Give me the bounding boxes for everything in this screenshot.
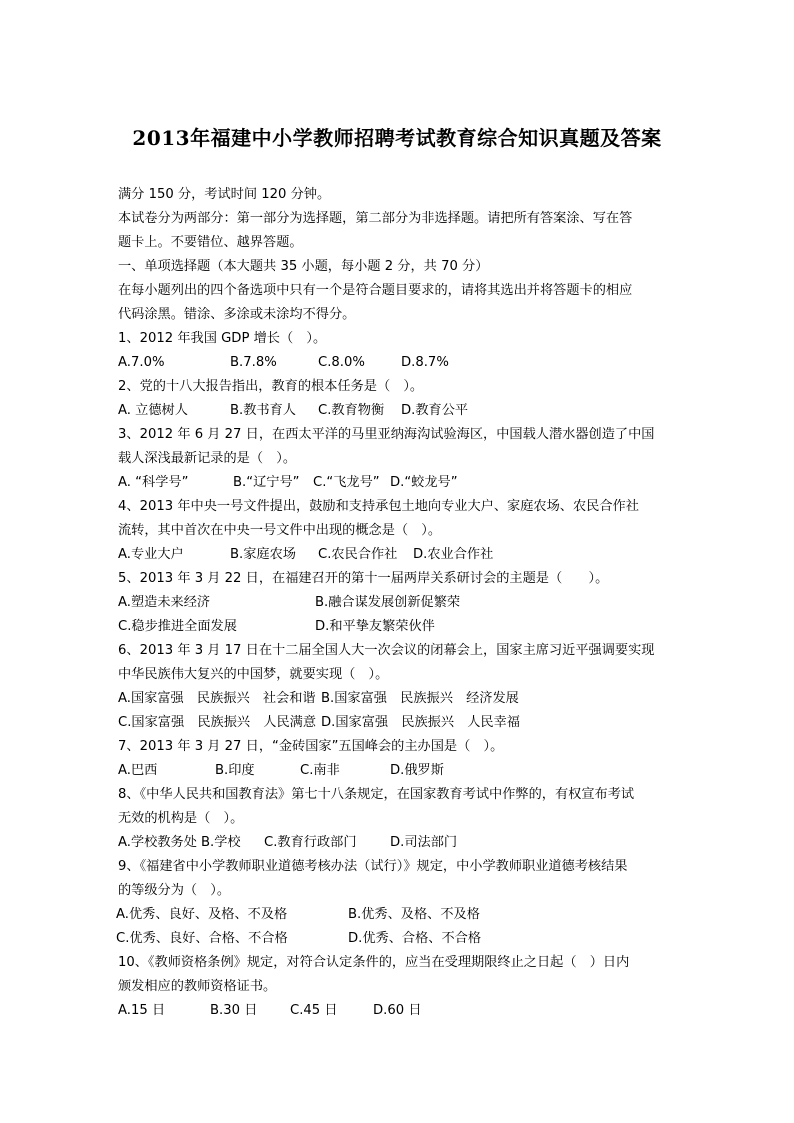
option-d: D.“蛟龙号” [390, 471, 458, 495]
option-b: B.优秀、及格、不及格 [348, 903, 480, 927]
section-heading: 一、单项选择题（本大题共 35 小题，每小题 2 分，共 70 分） [118, 255, 678, 279]
question-6-options: C.国家富强 民族振兴 人民满意 D.国家富强 民族振兴 人民幸福 [118, 711, 678, 735]
option-d: D.农业合作社 [413, 543, 493, 567]
option-a: A.优秀、良好、及格、不及格 [116, 903, 287, 927]
question-3-stem: 载人深浅最新记录的是（ ）。 [118, 447, 678, 471]
option-c: C.农民合作社 [318, 543, 397, 567]
option-a: A.国家富强 民族振兴 社会和谐 [118, 687, 316, 711]
option-a: A.15 日 [118, 999, 165, 1023]
question-1-stem: 1、2012 年我国 GDP 增长（ ）。 [118, 327, 678, 351]
option-b: B.30 日 [210, 999, 257, 1023]
question-8-stem: 8、《中华人民共和国教育法》第七十八条规定，在国家教育考试中作弊的，有权宣布考试 [118, 783, 678, 807]
option-a: A. 立德树人 [118, 399, 188, 423]
option-c: C.南非 [300, 759, 340, 783]
question-8-stem: 无效的机构是（ ）。 [118, 807, 678, 831]
question-3-options: A. “科学号” B.“辽宁号” C.“飞龙号” D.“蛟龙号” [118, 471, 678, 495]
question-1-options: A.7.0% B.7.8% C.8.0% D.8.7% [118, 351, 678, 375]
option-b: B.家庭农场 [230, 543, 296, 567]
question-3-stem: 3、2012 年 6 月 27 日，在西太平洋的马里亚纳海沟试验海区，中国载人潜… [118, 423, 678, 447]
question-10-options: A.15 日 B.30 日 C.45 日 D.60 日 [118, 999, 678, 1023]
option-d: D.60 日 [373, 999, 422, 1023]
option-d: D.国家富强 民族振兴 人民幸福 [321, 711, 520, 735]
question-6-stem: 中华民族伟大复兴的中国梦，就要实现（ ）。 [118, 663, 678, 687]
document-title: 2013年福建中小学教师招聘考试教育综合知识真题及答案 [0, 122, 794, 151]
question-7-options: A.巴西 B.印度 C.南非 D.俄罗斯 [118, 759, 678, 783]
option-b: B.学校 [201, 831, 241, 855]
document-body: 满分 150 分，考试时间 120 分钟。 本试卷分为两部分：第一部分为选择题，… [118, 183, 678, 1023]
question-4-stem: 4、2013 年中央一号文件提出，鼓励和支持承包土地向专业大户、家庭农场、农民合… [118, 495, 678, 519]
question-4-options: A.专业大户 B.家庭农场 C.农民合作社 D.农业合作社 [118, 543, 678, 567]
option-a: A. “科学号” [118, 471, 188, 495]
option-a: A.学校教务处 [118, 831, 197, 855]
section-instructions: 在每小题列出的四个备选项中只有一个是符合题目要求的，请将其选出并将答题卡的相应 [118, 279, 678, 303]
option-b: B.国家富强 民族振兴 经济发展 [321, 687, 519, 711]
option-d: D.司法部门 [390, 831, 457, 855]
question-9-stem: 9、《福建省中小学教师职业道德考核办法（试行）》规定，中小学教师职业道德考核结果 [118, 855, 678, 879]
question-6-options: A.国家富强 民族振兴 社会和谐 B.国家富强 民族振兴 经济发展 [118, 687, 678, 711]
question-5-options: C.稳步推进全面发展 D.和平挚友繁荣伙伴 [118, 615, 678, 639]
question-2-stem: 2、党的十八大报告指出，教育的根本任务是（ ）。 [118, 375, 678, 399]
option-d: D.和平挚友繁荣伙伴 [315, 615, 435, 639]
option-d: D.俄罗斯 [390, 759, 444, 783]
option-a: A.专业大户 [118, 543, 184, 567]
question-5-options: A.塑造未来经济 B.融合谋发展创新促繁荣 [118, 591, 678, 615]
option-b: B.融合谋发展创新促繁荣 [315, 591, 460, 615]
question-10-stem: 10、《教师资格条例》规定，对符合认定条件的，应当在受理期限终止之日起（ ）日内 [118, 951, 678, 975]
option-c: C.教育物衡 [318, 399, 384, 423]
question-5-stem: 5、2013 年 3 月 22 日，在福建召开的第十一届两岸关系研讨会的主题是（… [118, 567, 678, 591]
option-a: A.巴西 [118, 759, 157, 783]
option-c: C.教育行政部门 [264, 831, 357, 855]
question-2-options: A. 立德树人 B.教书育人 C.教育物衡 D.教育公平 [118, 399, 678, 423]
option-c: C.国家富强 民族振兴 人民满意 [118, 711, 316, 735]
question-4-stem: 流转，其中首次在中央一号文件中出现的概念是（ ）。 [118, 519, 678, 543]
option-a: A.塑造未来经济 [118, 591, 210, 615]
question-9-stem: 的等级分为（ ）。 [118, 879, 678, 903]
question-7-stem: 7、2013 年 3 月 27 日，“金砖国家”五国峰会的主办国是（ ）。 [118, 735, 678, 759]
option-c: C.优秀、良好、合格、不合格 [116, 927, 288, 951]
question-9-options: A.优秀、良好、及格、不及格 B.优秀、及格、不及格 [118, 903, 678, 927]
section-instructions: 代码涂黑。错涂、多涂或未涂均不得分。 [118, 303, 678, 327]
option-b: B.7.8% [230, 351, 277, 375]
option-b: B.“辽宁号” [233, 471, 299, 495]
option-a: A.7.0% [118, 351, 165, 375]
option-d: D.优秀、合格、不合格 [348, 927, 481, 951]
question-6-stem: 6、2013 年 3 月 17 日在十二届全国人大一次会议的闭幕会上，国家主席习… [118, 639, 678, 663]
option-b: B.印度 [215, 759, 255, 783]
option-c: C.8.0% [318, 351, 365, 375]
question-10-stem: 颁发相应的教师资格证书。 [118, 975, 678, 999]
option-d: D.教育公平 [401, 399, 468, 423]
intro-line: 题卡上。不要错位、越界答题。 [118, 231, 678, 255]
question-9-options: C.优秀、良好、合格、不合格 D.优秀、合格、不合格 [118, 927, 678, 951]
option-c: C.稳步推进全面发展 [118, 615, 237, 639]
option-d: D.8.7% [401, 351, 449, 375]
question-8-options: A.学校教务处 B.学校 C.教育行政部门 D.司法部门 [118, 831, 678, 855]
option-c: C.“飞龙号” [313, 471, 380, 495]
intro-line: 本试卷分为两部分：第一部分为选择题，第二部分为非选择题。请把所有答案涂、写在答 [118, 207, 678, 231]
option-b: B.教书育人 [230, 399, 296, 423]
option-c: C.45 日 [290, 999, 338, 1023]
intro-line: 满分 150 分，考试时间 120 分钟。 [118, 183, 678, 207]
